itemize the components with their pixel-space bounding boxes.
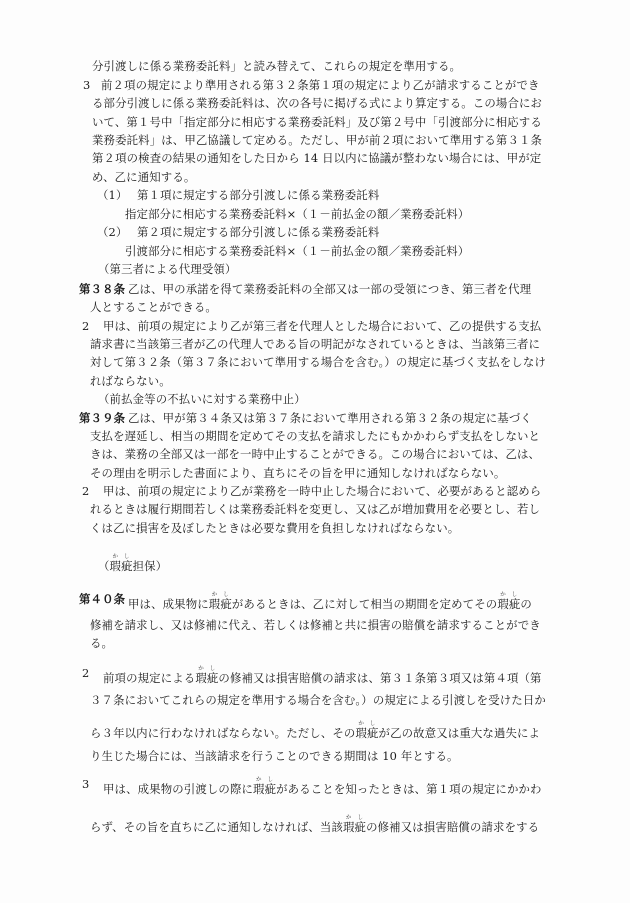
line-text: 修補を請求し、又は修補に代え、若しくは修補と共に損害の賠償を請求することができ bbox=[90, 618, 541, 632]
line-text: 支払を遅延し、相当の期間を定めてその支払を請求したにもかかわらず支払をしないと bbox=[90, 429, 540, 443]
line-text: 対して第３２条（第３７条において準用する場合を含む。）の規定に基づく支払をしなけ bbox=[90, 355, 546, 369]
line-text: 甲は、成果物の引渡しの際に瑕疵かしがあることを知ったときは、第１項の規定にかかわ bbox=[103, 777, 542, 796]
document-page: 分引渡しに係る業務委託料」と読み替えて、これらの規定を準用する。3前２項の規定に… bbox=[0, 0, 630, 903]
article-number: 第３９条 bbox=[79, 411, 125, 425]
text-run: の修補又は損害賠償の請求をする bbox=[366, 820, 539, 834]
text-run: の修補又は損害賠償の請求は、第３１条第３項又は第４項（第 bbox=[218, 671, 541, 685]
text-run: 甲は、成果物の引渡しの際に bbox=[103, 782, 253, 796]
text-run: 前項の規定による bbox=[103, 671, 195, 685]
text-run: ら３年以内に行わなければならない。ただし、その bbox=[90, 726, 355, 740]
line-text: 人とすることができる。 bbox=[90, 300, 217, 314]
heading-text: （瑕疵かし担保） bbox=[98, 554, 167, 573]
line-text: その理由を明示した書面により、直ちにその旨を甲に通知しなければならない。 bbox=[90, 466, 505, 480]
ruby-kashi: 瑕疵かし bbox=[343, 820, 366, 834]
paragraph-number: 2 bbox=[82, 319, 89, 333]
line-text: きは、業務の全部又は一部を一時中止することができる。この場合においては、乙は、 bbox=[90, 447, 540, 461]
ruby-kashi: 瑕疵かし bbox=[253, 782, 276, 796]
line-text: ればならない。 bbox=[90, 374, 171, 388]
line-text: 分引渡しに係る業務委託料」と読み替えて、これらの規定を準用する。 bbox=[92, 59, 461, 73]
ruby-reading: かし bbox=[253, 777, 276, 783]
line-text: る。 bbox=[90, 636, 113, 650]
line-text: 指定部分に相応する業務委託料×（１－前払金の額／業務委託料） bbox=[125, 207, 469, 221]
ruby-kashi: 瑕疵かし bbox=[497, 597, 520, 611]
text-run: があることを知ったときは、第１項の規定にかかわ bbox=[276, 782, 541, 796]
line-text: る部分引渡しに係る業務委託料は、次の各号に掲げる式により算定する。この場合にお bbox=[92, 96, 542, 110]
line-text: め、乙に通知する。 bbox=[92, 170, 195, 184]
line-text: り生じた場合には、当該請求を行うことのできる期間は 10 年とする。 bbox=[90, 749, 459, 763]
text-run: らず、その旨を直ちに乙に通知しなければ、当該 bbox=[90, 820, 343, 834]
paragraph-number: （1） bbox=[97, 188, 127, 202]
ruby-reading: かし bbox=[343, 815, 366, 821]
article-number: 第４０条 bbox=[79, 592, 125, 606]
paragraph-number: 2 bbox=[82, 666, 89, 680]
line-text: 乙は、甲の承諾を得て業務委託料の全部又は一部の受領につき、第三者を代理 bbox=[128, 282, 531, 296]
ruby-reading: かし bbox=[497, 592, 520, 598]
line-text: （前払金等の不払いに対する業務中止） bbox=[98, 392, 306, 406]
line-text: （第三者による代理受領） bbox=[98, 262, 237, 276]
line-text: ３７条においてこれらの規定を準用する場合を含む。）の規定による引渡しを受けた日か bbox=[90, 693, 546, 707]
line-text: 第２項に規定する部分引渡しに係る業務委託料 bbox=[137, 225, 379, 239]
line-text: 甲は、前項の規定により乙が業務を一時中止した場合において、必要があると認めら bbox=[103, 484, 541, 498]
line-text: ら３年以内に行わなければならない。ただし、その瑕疵かしが乙の故意又は重大な過失に… bbox=[90, 721, 540, 740]
line-text: れるときは履行期間若しくは業務委託料を変更し、又は乙が増加費用を必要とし、若し bbox=[90, 502, 540, 516]
text-run: があるときは、乙に対して相当の期間を定めてその bbox=[232, 597, 497, 611]
text-run: が乙の故意又は重大な過失によ bbox=[379, 726, 541, 740]
ruby-kashi: 瑕疵かし bbox=[195, 671, 218, 685]
ruby-reading: かし bbox=[110, 554, 133, 560]
paragraph-number: 3 bbox=[82, 777, 89, 791]
text-run: 甲は、成果物に bbox=[128, 597, 209, 611]
ruby-reading: かし bbox=[209, 592, 232, 598]
line-text: 前２項の規定により準用される第３２条第１項の規定により乙が請求することができ bbox=[101, 78, 540, 92]
line-text: 前項の規定による瑕疵かしの修補又は損害賠償の請求は、第３１条第３項又は第４項（第 bbox=[103, 666, 542, 685]
paragraph-number: （2） bbox=[97, 225, 127, 239]
line-text: 業務委託料」は、甲乙協議して定める。ただし、甲が前２項において準用する第３１条 bbox=[92, 133, 542, 147]
paragraph-number: 3 bbox=[83, 78, 90, 92]
line-text: 甲は、成果物に瑕疵かしがあるときは、乙に対して相当の期間を定めてその瑕疵かしの bbox=[128, 592, 532, 611]
line-text: 第２項の検査の結果の通知をした日から 14 日以内に協議が整わない場合には、甲が… bbox=[92, 151, 541, 165]
text-run: （ bbox=[98, 559, 110, 573]
line-text: いて、第１号中「指定部分に相応する業務委託料」及び第２号中「引渡部分に相応する bbox=[92, 115, 542, 129]
ruby-reading: かし bbox=[195, 666, 218, 672]
paragraph-number: 2 bbox=[82, 484, 89, 498]
line-text: 乙は、甲が第３４条又は第３７条において準用される第３２条の規定に基づく bbox=[128, 411, 532, 425]
line-text: らず、その旨を直ちに乙に通知しなければ、当該瑕疵かしの修補又は損害賠償の請求をす… bbox=[90, 815, 539, 834]
ruby-kashi: 瑕疵かし bbox=[110, 559, 133, 573]
ruby-kashi: 瑕疵かし bbox=[209, 597, 232, 611]
line-text: 甲は、前項の規定により乙が第三者を代理人とした場合において、乙の提供する支払 bbox=[103, 319, 541, 333]
ruby-reading: かし bbox=[355, 721, 378, 727]
text-run: の bbox=[520, 597, 532, 611]
line-text: 請求書に当該第三者が乙の代理人である旨の明記がなされているときは、当該第三者に bbox=[90, 337, 540, 351]
line-text: 引渡部分に相応する業務委託料×（１－前払金の額／業務委託料） bbox=[125, 244, 469, 258]
article-number: 第３８条 bbox=[79, 282, 125, 296]
line-text: くは乙に損害を及ぼしたときは必要な費用を負担しなければならない。 bbox=[90, 521, 459, 535]
text-run: 担保） bbox=[133, 559, 168, 573]
ruby-kashi: 瑕疵かし bbox=[355, 726, 378, 740]
line-text: 第１項に規定する部分引渡しに係る業務委託料 bbox=[137, 188, 379, 202]
